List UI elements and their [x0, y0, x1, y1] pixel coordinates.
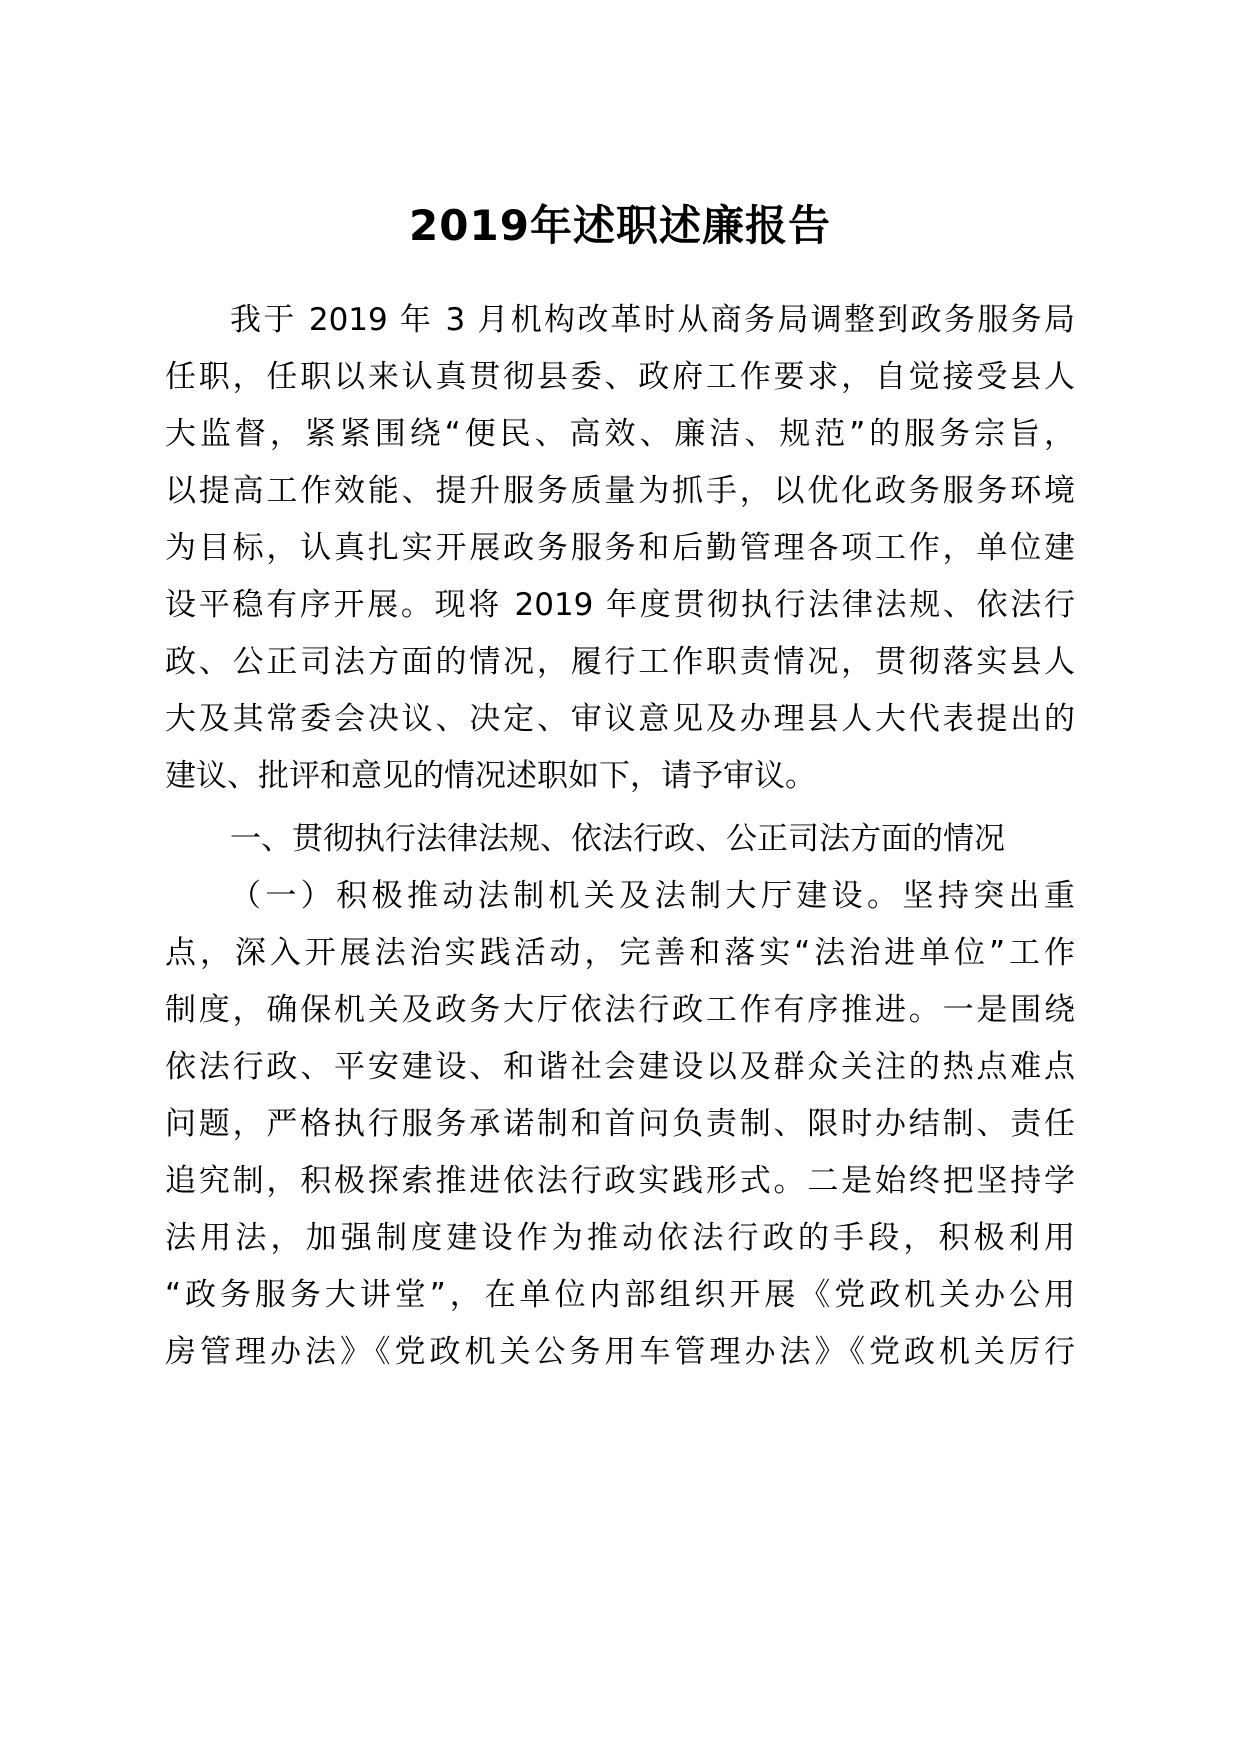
- document-page: 2019年述职述廉报告 我于 2019 年 3 月机构改革时从商务局调整到政务服…: [0, 0, 1240, 1754]
- paragraph-line: 设平稳有序开展。现将 2019 年度贯彻执行法律法规、依法行: [165, 583, 1075, 627]
- paragraph-line: 法用法，加强制度建设作为推动依法行政的手段，积极利用: [165, 1216, 1075, 1260]
- paragraph-line: 我于 2019 年 3 月机构改革时从商务局调整到政务服务局: [230, 298, 1075, 342]
- paragraph-line: 问题，严格执行服务承诺制和首问负责制、限时办结制、责任: [165, 1102, 1075, 1146]
- paragraph-line: 建议、批评和意见的情况述职如下，请予审议。: [165, 754, 1075, 798]
- paragraph-line: 点，深入开展法治实践活动，完善和落实“法治进单位”工作: [165, 931, 1075, 975]
- paragraph-line: 政、公正司法方面的情况，履行工作职责情况，贯彻落实县人: [165, 640, 1075, 684]
- paragraph-line: （一）积极推动法制机关及法制大厅建设。坚持突出重: [230, 874, 1075, 918]
- paragraph-line: 依法行政、平安建设、和谐社会建设以及群众关注的热点难点: [165, 1045, 1075, 1089]
- paragraph-line: “政务服务大讲堂”，在单位内部组织开展《党政机关办公用: [165, 1273, 1075, 1317]
- paragraph-line: 大及其常委会决议、决定、审议意见及办理县人大代表提出的: [165, 697, 1075, 741]
- paragraph-line: 房管理办法》《党政机关公务用车管理办法》《党政机关厉行: [165, 1330, 1075, 1374]
- paragraph-line: 以提高工作效能、提升服务质量为抓手，以优化政务服务环境: [165, 469, 1075, 513]
- paragraph-line: 追究制，积极探索推进依法行政实践形式。二是始终把坚持学: [165, 1159, 1075, 1203]
- paragraph-line: 制度，确保机关及政务大厅依法行政工作有序推进。一是围绕: [165, 988, 1075, 1032]
- section-heading: 一、贯彻执行法律法规、依法行政、公正司法方面的情况: [230, 817, 1060, 861]
- paragraph-line: 为目标，认真扎实开展政务服务和后勤管理各项工作，单位建: [165, 526, 1075, 570]
- paragraph-line: 大监督，紧紧围绕“便民、高效、廉洁、规范”的服务宗旨，: [165, 412, 1075, 456]
- paragraph-line: 任职，任职以来认真贯彻县委、政府工作要求，自觉接受县人: [165, 355, 1075, 399]
- document-title: 2019年述职述廉报告: [0, 198, 1240, 254]
